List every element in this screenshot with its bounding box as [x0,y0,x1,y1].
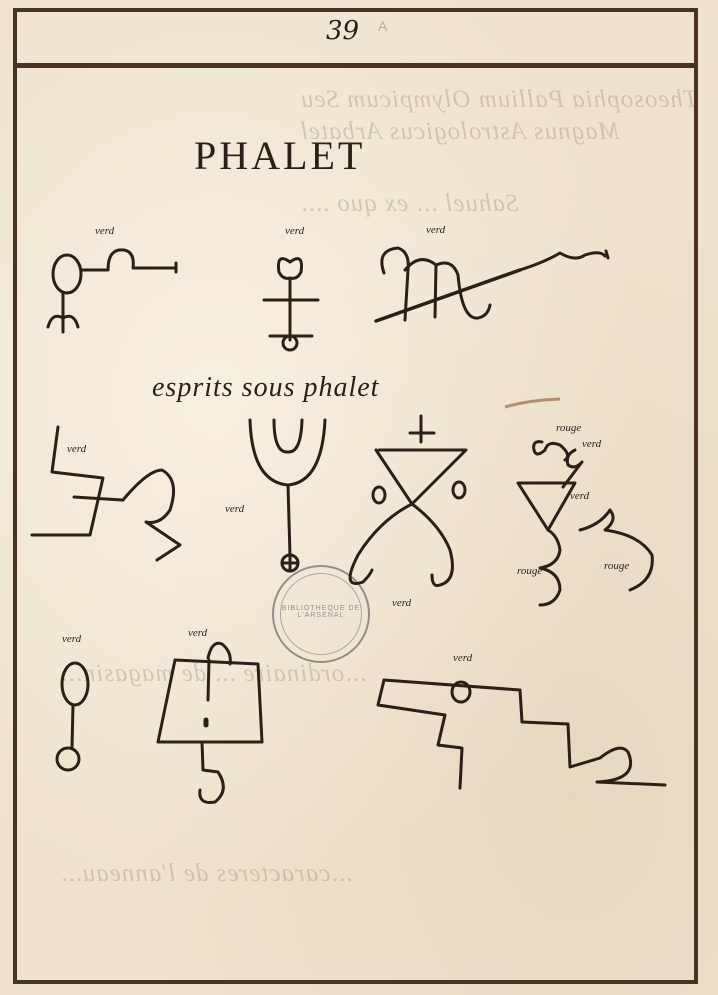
struck-m-sigil [305,0,608,321]
spoon-sigil [57,663,88,770]
trident-cross-sigil [264,259,318,350]
square-key-sigil [158,643,262,802]
zigzag-hook-sigil [32,427,180,560]
stair-step-sigil [378,680,665,788]
venus-hook-sigil [48,250,176,332]
trident-staff-sigil [250,420,325,571]
hourglass-heart-sigil [350,416,466,586]
manuscript-page: Theosophia Pallium Olympicum Seu Magnus … [0,0,718,995]
triangle-scroll-sigil [518,442,652,605]
ink-smudge [500,395,580,415]
